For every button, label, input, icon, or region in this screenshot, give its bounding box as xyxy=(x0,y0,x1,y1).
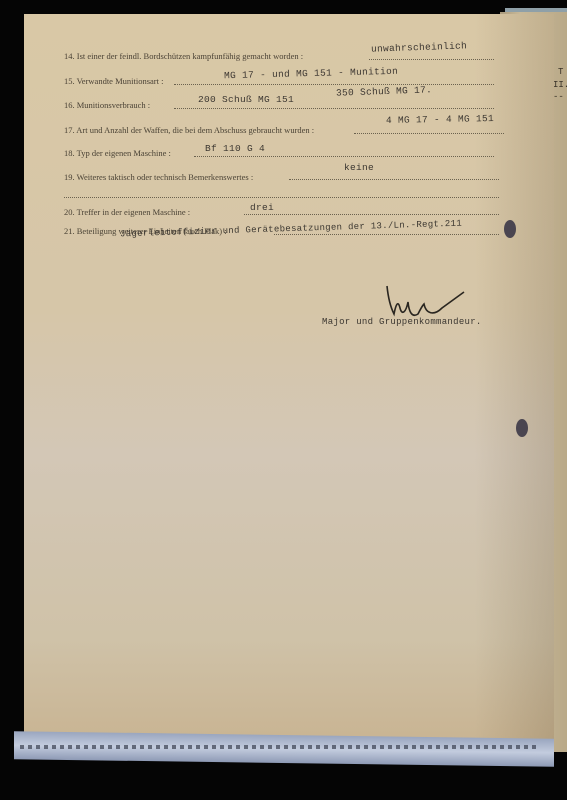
punch-hole xyxy=(504,220,516,238)
field-16-label: 16. Munitionsverbrauch : xyxy=(64,100,150,110)
back-page-text: II. xyxy=(553,80,567,90)
binder-perforation xyxy=(20,745,540,749)
field-17-value: 4 MG 17 - 4 MG 151 xyxy=(386,113,494,126)
field-18-value: Bf 110 G 4 xyxy=(205,143,265,154)
back-page-text: T xyxy=(558,67,563,77)
field-14-label: 14. Ist einer der feindl. Bordschützen k… xyxy=(64,51,303,61)
field-20-label: 20. Treffer in der eigenen Maschine : xyxy=(64,207,190,217)
document-page: 14. Ist einer der feindl. Bordschützen k… xyxy=(24,14,554,749)
field-15-label: 15. Verwandte Munitionsart : xyxy=(64,76,163,86)
signature-title: Major und Gruppenkommandeur. xyxy=(322,317,482,327)
punch-hole xyxy=(516,419,528,437)
field-19-label: 19. Weiteres taktisch oder technisch Bem… xyxy=(64,172,253,182)
field-18-label: 18. Typ der eigenen Maschine : xyxy=(64,148,171,158)
field-19-value: keine xyxy=(344,162,374,173)
back-page-text: -- xyxy=(553,92,564,102)
field-20-value: drei xyxy=(250,202,274,213)
field-16-value: 200 Schuß MG 151 xyxy=(198,94,294,105)
field-17-label: 17. Art und Anzahl der Waffen, die bei d… xyxy=(64,125,314,135)
